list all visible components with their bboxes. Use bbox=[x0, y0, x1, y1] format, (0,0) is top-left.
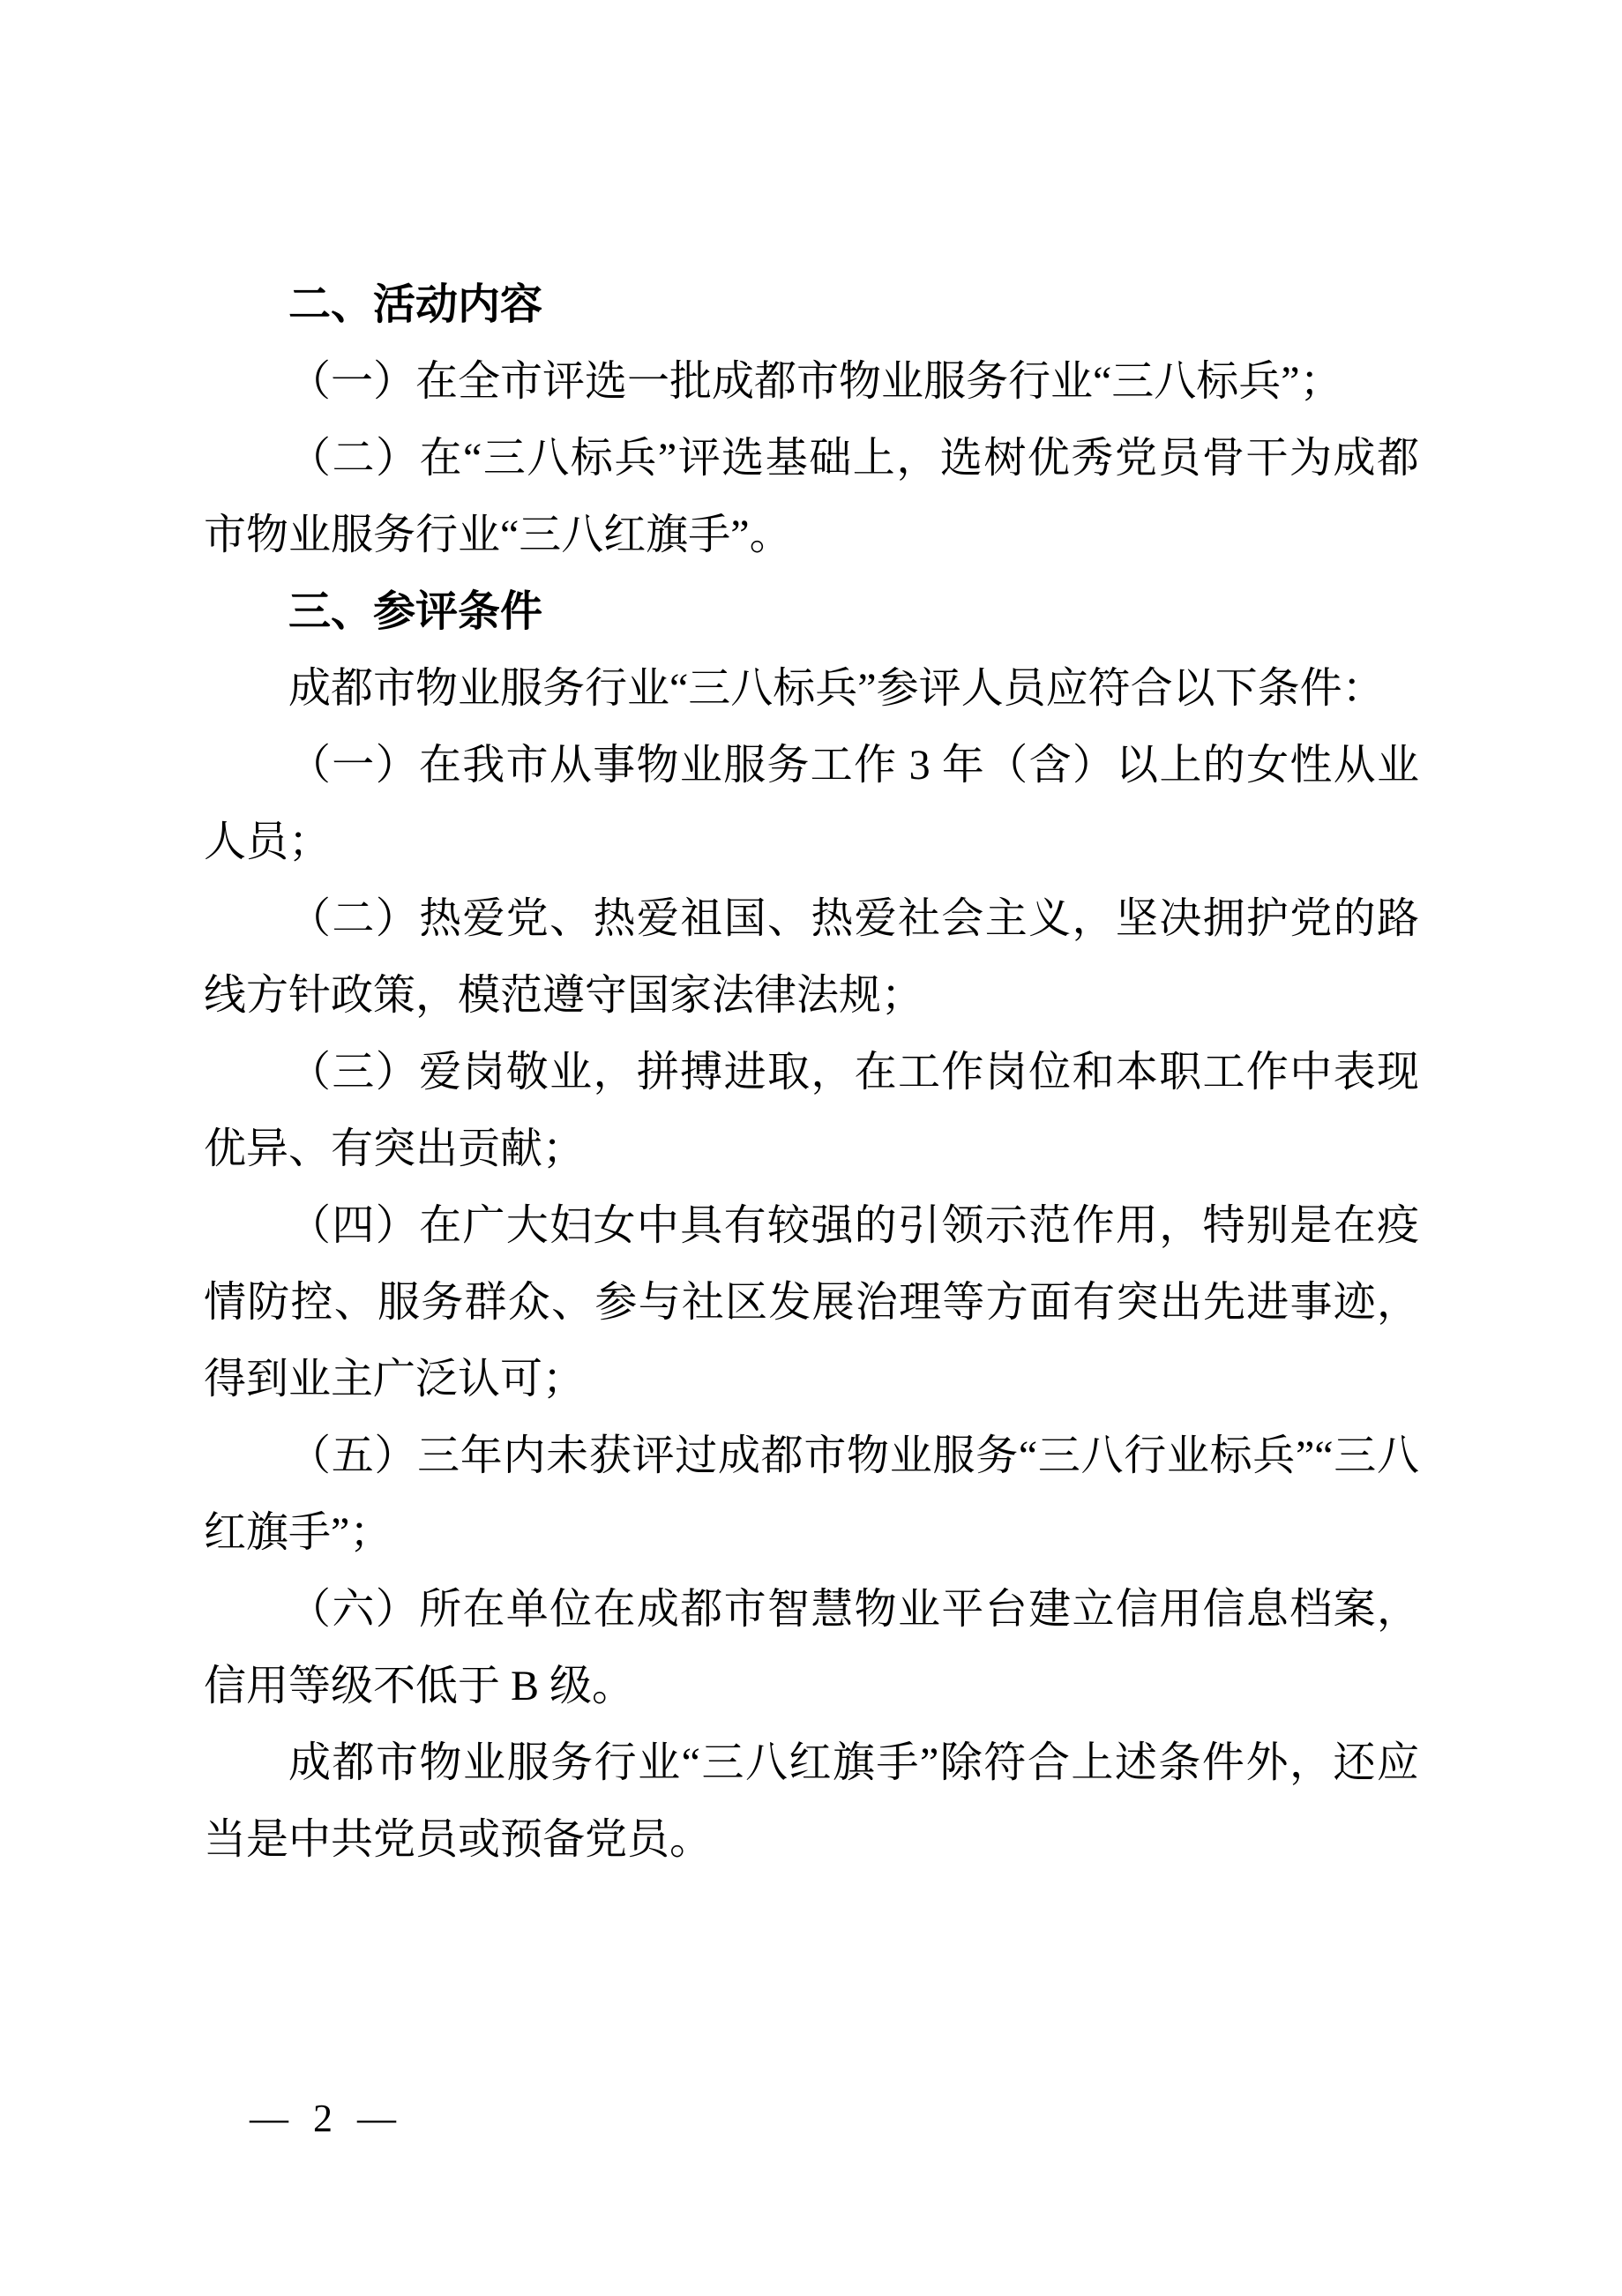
paragraph-criteria-intro: 成都市物业服务行业“三八标兵”参评人员应符合以下条件： bbox=[204, 650, 1419, 727]
paragraph-criterion-5: （五）三年内未获评过成都市物业服务“三八行业标兵”“三八红旗手”； bbox=[204, 1417, 1419, 1571]
paragraph-criterion-6: （六）所在单位在成都市智慧物业平台建立信用信息档案，信用等级不低于 B 级。 bbox=[204, 1571, 1419, 1724]
paragraph-criterion-4: （四）在广大妇女中具有较强的引领示范作用，特别是在疫情防控、服务群众、参与社区发… bbox=[204, 1187, 1419, 1417]
page-number: — 2 — bbox=[250, 2098, 398, 2140]
paragraph-item-1: （一）在全市评选一批成都市物业服务行业“三八标兵”； bbox=[204, 343, 1419, 420]
paragraph-criterion-1: （一）在我市从事物业服务工作 3 年（含）以上的女性从业人员； bbox=[204, 727, 1419, 880]
paragraph-item-2: （二）在“三八标兵”评选基础上，选树优秀党员骨干为成都市物业服务行业“三八红旗手… bbox=[204, 420, 1419, 573]
section-heading-activity-content: 二、活动内容 bbox=[204, 266, 1419, 343]
section-heading-criteria: 三、参评条件 bbox=[204, 573, 1419, 650]
paragraph-criterion-2: （二）热爱党、热爱祖国、热爱社会主义，坚决拥护党的路线方针政策，模范遵守国家法律… bbox=[204, 880, 1419, 1034]
document-page: 二、活动内容 （一）在全市评选一批成都市物业服务行业“三八标兵”； （二）在“三… bbox=[0, 0, 1622, 2296]
paragraph-criterion-3: （三）爱岗敬业，拼搏进取，在工作岗位和本职工作中表现优异、有突出贡献； bbox=[204, 1034, 1419, 1187]
paragraph-red-banner-extra: 成都市物业服务行业“三八红旗手”除符合上述条件外，还应当是中共党员或预备党员。 bbox=[204, 1724, 1419, 1878]
document-body: 二、活动内容 （一）在全市评选一批成都市物业服务行业“三八标兵”； （二）在“三… bbox=[204, 266, 1419, 1878]
